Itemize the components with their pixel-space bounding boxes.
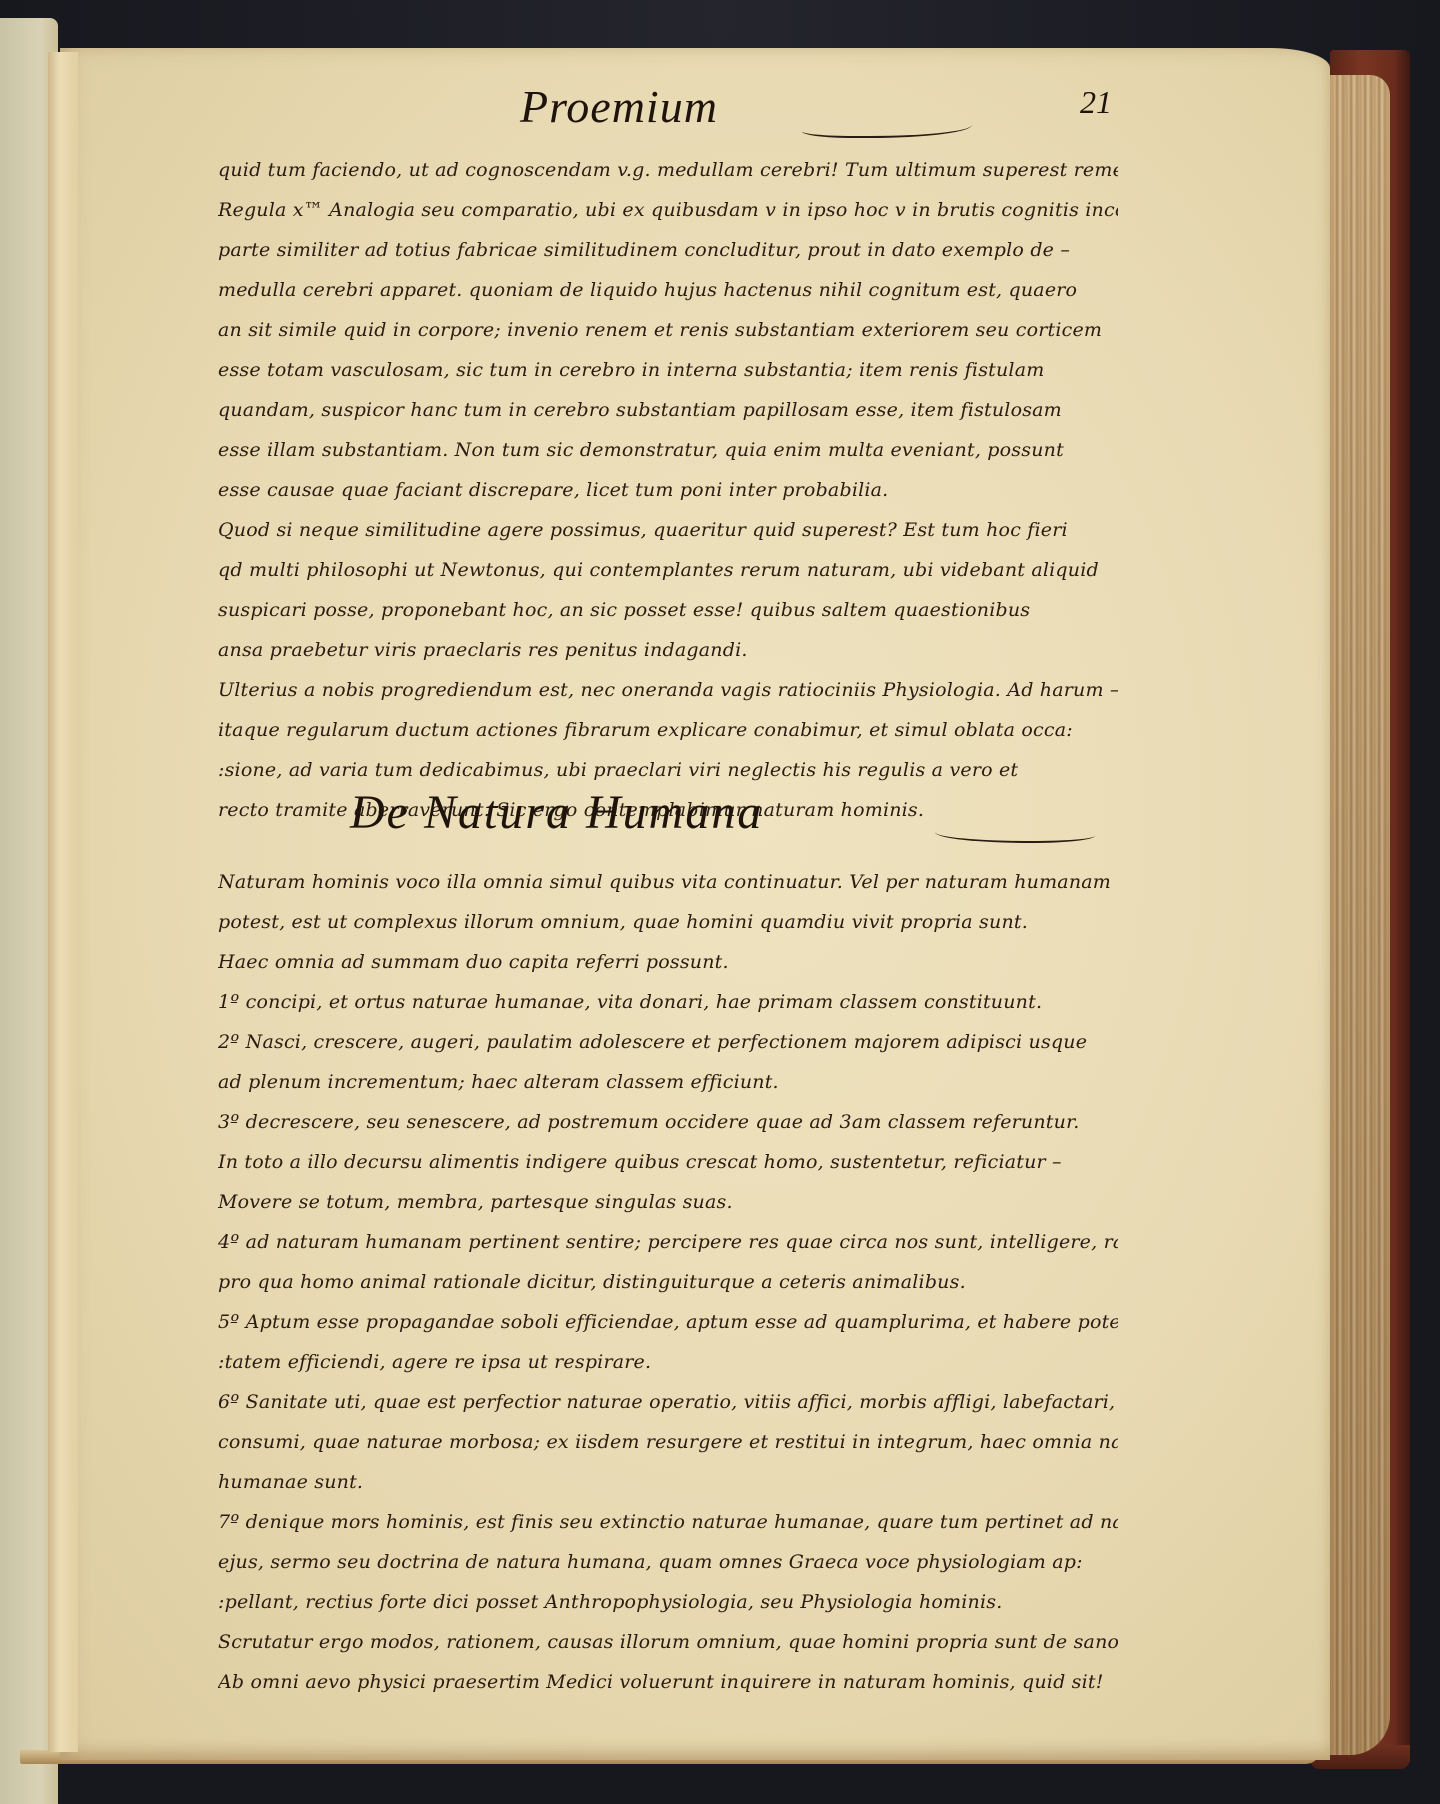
- text-line: Movere se totum, membra, partesque singu…: [218, 1182, 1118, 1222]
- text-line: 5º Aptum esse propagandae soboli efficie…: [218, 1302, 1118, 1342]
- page-title: Proemium: [520, 80, 718, 133]
- text-line: ansa praebetur viris praeclaris res peni…: [218, 630, 1118, 670]
- section-heading: De Natura Humana: [350, 785, 1050, 855]
- text-line: Quod si neque similitudine agere possimu…: [218, 510, 1118, 550]
- text-line: ejus, sermo seu doctrina de natura human…: [218, 1542, 1118, 1582]
- text-line: pro qua homo animal rationale dicitur, d…: [218, 1262, 1118, 1302]
- text-line: quandam, suspicor hanc tum in cerebro su…: [218, 390, 1118, 430]
- text-line: :tatem efficiendi, agere re ipsa ut resp…: [218, 1342, 1118, 1382]
- page-number: 21: [1080, 84, 1112, 121]
- text-line: 6º Sanitate uti, quae est perfectior nat…: [218, 1382, 1118, 1422]
- text-line: esse totam vasculosam, sic tum in cerebr…: [218, 350, 1118, 390]
- text-line: 3º decrescere, seu senescere, ad postrem…: [218, 1102, 1118, 1142]
- text-line: Regula x™ Analogia seu comparatio, ubi e…: [218, 190, 1118, 230]
- text-line: Scrutatur ergo modos, rationem, causas i…: [218, 1622, 1118, 1662]
- section-title: De Natura Humana: [350, 786, 763, 839]
- text-line: 4º ad naturam humanam pertinent sentire;…: [218, 1222, 1118, 1262]
- text-line: itaque regularum ductum actiones fibraru…: [218, 710, 1118, 750]
- title-flourish: [802, 116, 972, 138]
- text-line: :pellant, rectius forte dici posset Anth…: [218, 1582, 1118, 1622]
- text-line: In toto a illo decursu alimentis indiger…: [218, 1142, 1118, 1182]
- proemium-text: quid tum faciendo, ut ad cognoscendam v.…: [218, 150, 1118, 830]
- text-line: Ab omni aevo physici praesertim Medici v…: [218, 1662, 1118, 1702]
- text-line: Haec omnia ad summam duo capita referri …: [218, 942, 1118, 982]
- text-line: parte similiter ad totius fabricae simil…: [218, 230, 1118, 270]
- text-line: :sione, ad varia tum dedicabimus, ubi pr…: [218, 750, 1118, 790]
- text-line: quid tum faciendo, ut ad cognoscendam v.…: [218, 150, 1118, 190]
- text-line: an sit simile quid in corpore; invenio r…: [218, 310, 1118, 350]
- text-line: ad plenum incrementum; haec alteram clas…: [218, 1062, 1118, 1102]
- text-line: esse causae quae faciant discrepare, lic…: [218, 470, 1118, 510]
- natura-humana-text: Naturam hominis voco illa omnia simul qu…: [218, 862, 1118, 1702]
- text-line: esse illam substantiam. Non tum sic demo…: [218, 430, 1118, 470]
- text-line: suspicari posse, proponebant hoc, an sic…: [218, 590, 1118, 630]
- text-line: qd multi philosophi ut Newtonus, qui con…: [218, 550, 1118, 590]
- text-line: consumi, quae naturae morbosa; ex iisdem…: [218, 1422, 1118, 1462]
- page-header: Proemium 21: [520, 80, 1200, 150]
- text-line: 7º denique mors hominis, est finis seu e…: [218, 1502, 1118, 1542]
- section-flourish: [935, 825, 1095, 843]
- text-line: 1º concipi, et ortus naturae humanae, vi…: [218, 982, 1118, 1022]
- text-line: humanae sunt.: [218, 1462, 1118, 1502]
- text-line: Naturam hominis voco illa omnia simul qu…: [218, 862, 1118, 902]
- text-line: potest, est ut complexus illorum omnium,…: [218, 902, 1118, 942]
- book-gutter: [48, 52, 78, 1752]
- text-line: 2º Nasci, crescere, augeri, paulatim ado…: [218, 1022, 1118, 1062]
- text-line: medulla cerebri apparet. quoniam de liqu…: [218, 270, 1118, 310]
- text-line: Ulterius a nobis progrediendum est, nec …: [218, 670, 1118, 710]
